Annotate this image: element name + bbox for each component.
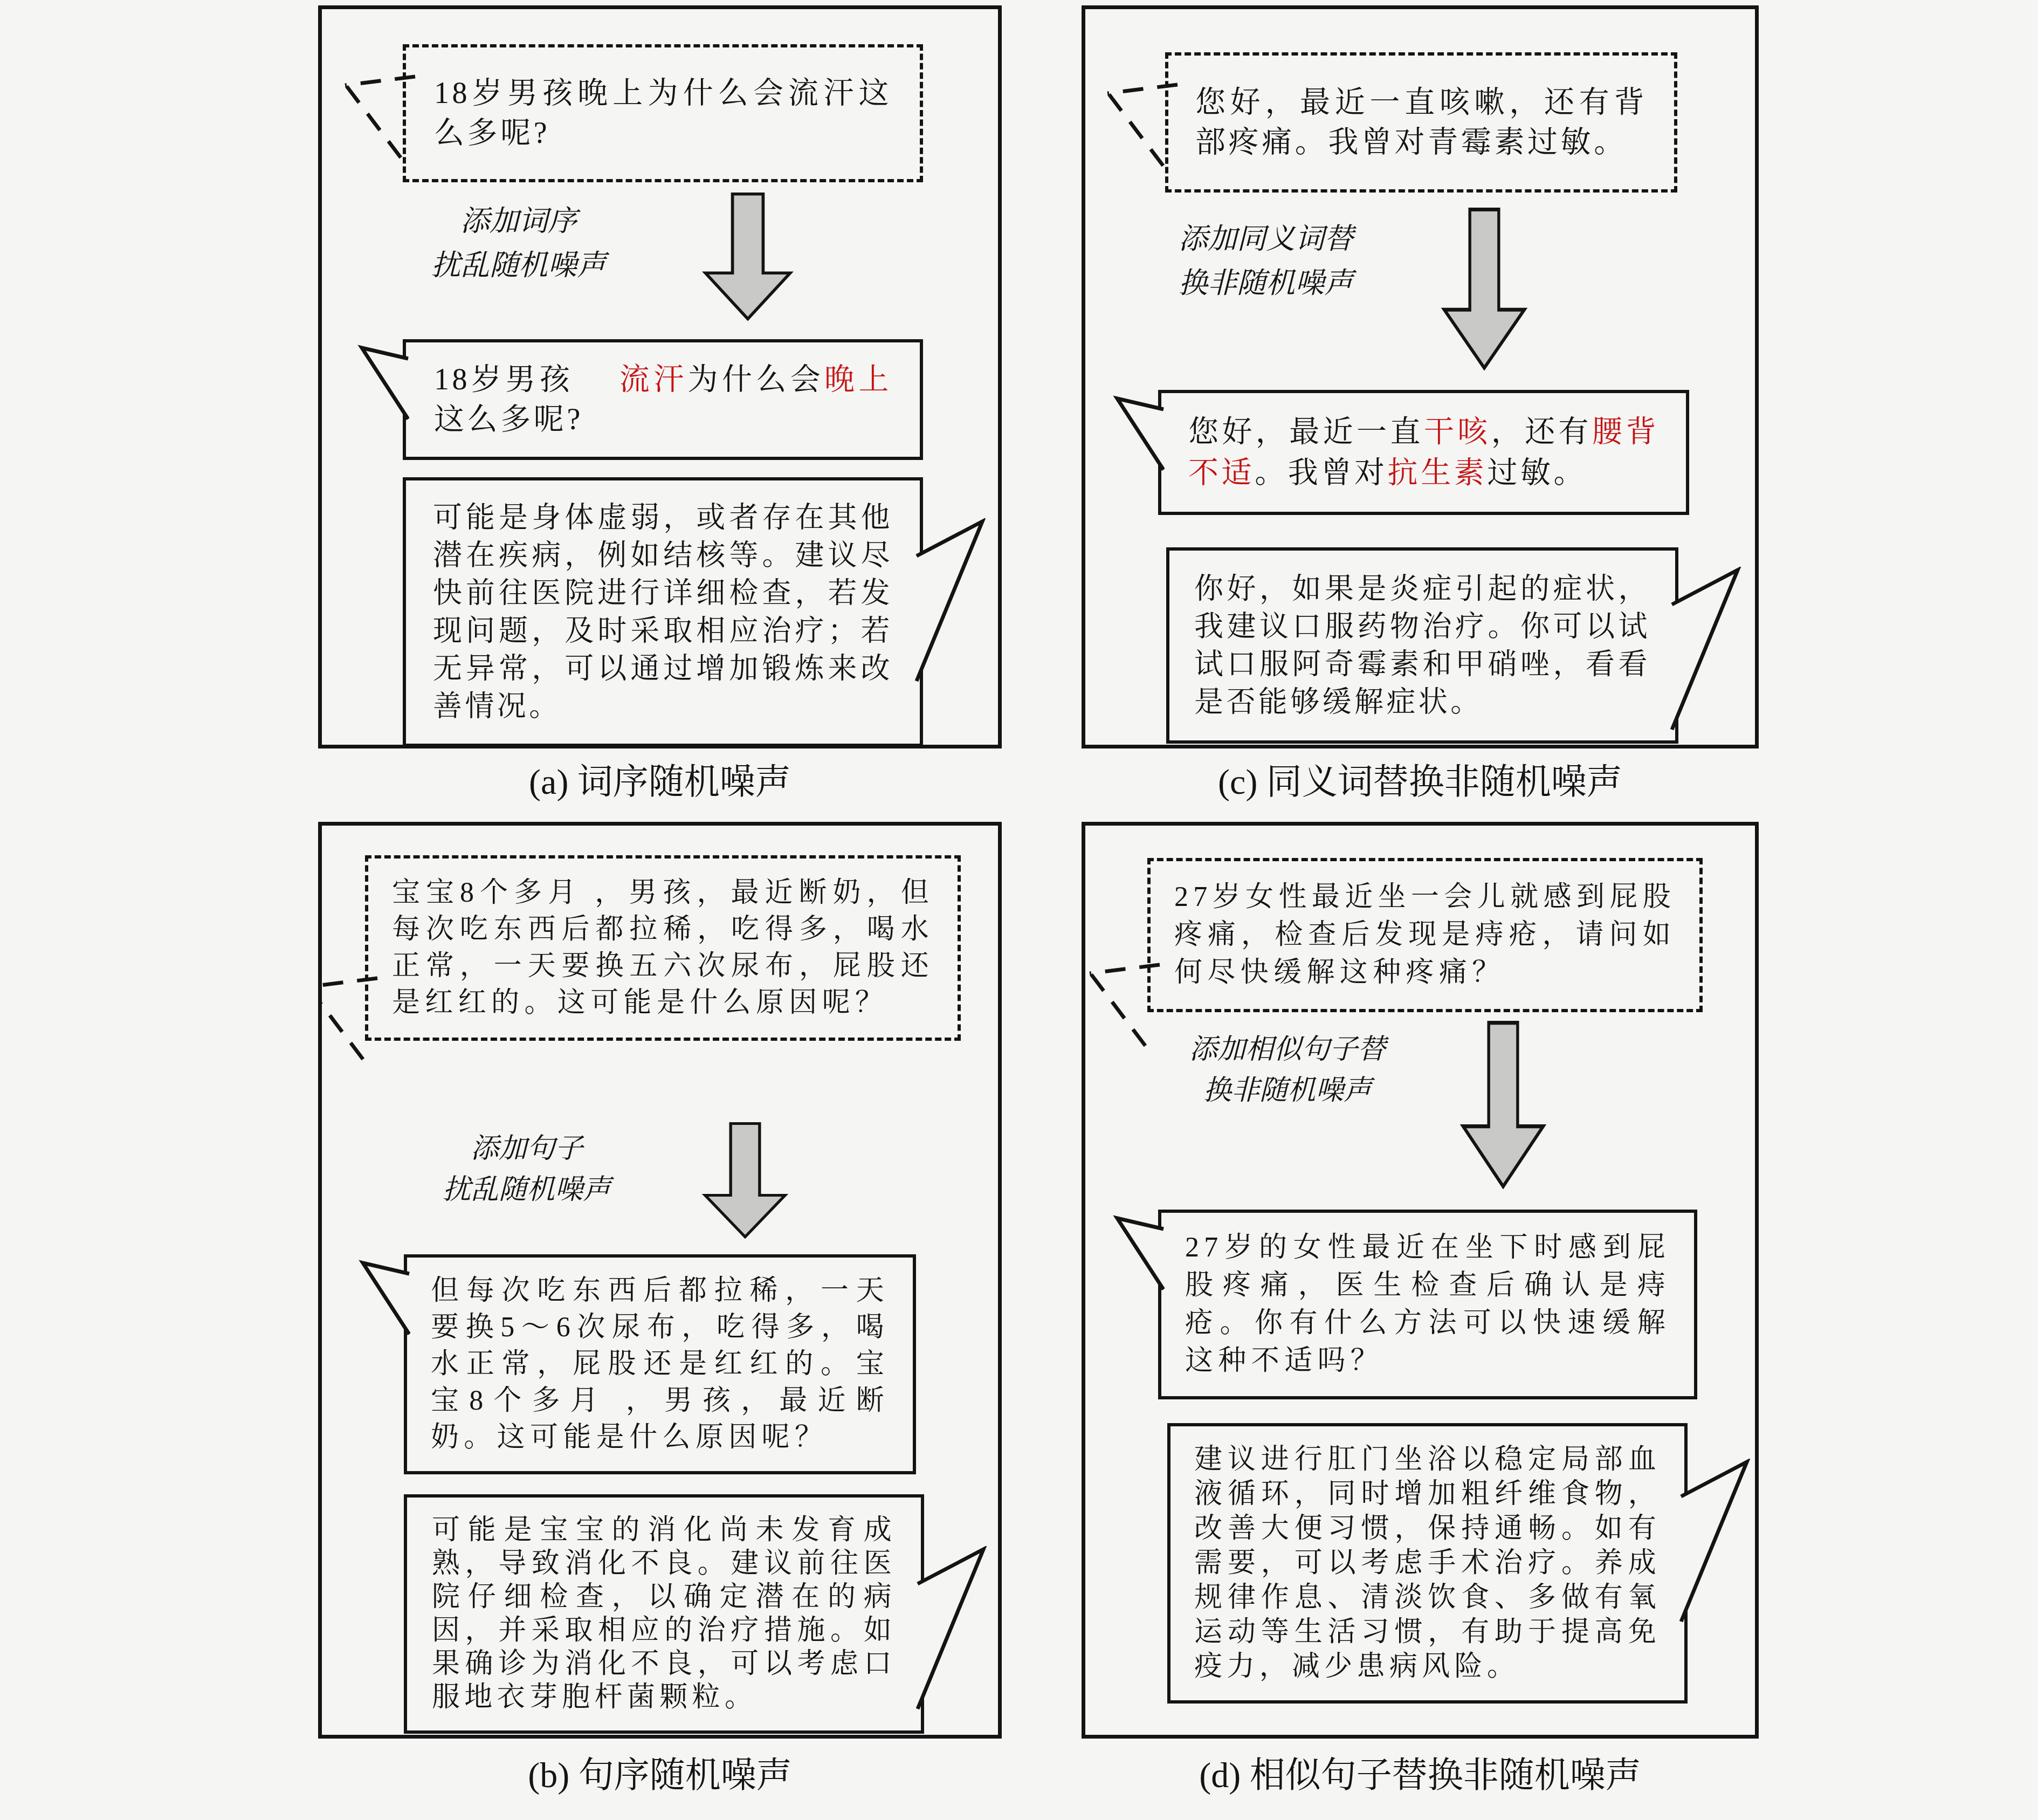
noisy-plain-text: 过敏。 — [1487, 456, 1587, 490]
noisy-query-bubble: 但每次吃东西后都拉稀，一天要换5～6次尿布，吃得多，喝水正常，屁股还是红红的。宝… — [404, 1254, 916, 1474]
caption-d: (d) 相似句子替换非随机噪声 — [1082, 1746, 1759, 1805]
noisy-plain-text: ，还有 — [1491, 415, 1592, 449]
noisy-plain-text: 但每次吃东西后都拉稀，一天要换5～6次尿布，吃得多，喝水正常，屁股还是红红的。宝… — [431, 1275, 889, 1453]
noisy-query-text: 27岁的女性最近在坐下时感到屁股疼痛，医生检查后确认是痔疮。你有什么方法可以快速… — [1185, 1229, 1670, 1380]
answer-bubble: 可能是宝宝的消化尚未发育成熟，导致消化不良。建议前往医院仔细检查，以确定潜在的病… — [404, 1494, 924, 1734]
noise-type-label: 添加同义词替 换非随机噪声 — [1126, 217, 1406, 305]
noise-type-label: 添加句子 扰乱随机噪声 — [392, 1129, 662, 1211]
noise-label-line1: 添加相似句子替 — [1137, 1029, 1438, 1070]
bubble-tail-right-icon — [1669, 567, 1742, 734]
noisy-replaced-word: 流汗 — [619, 363, 688, 396]
original-query-bubble: 18岁男孩晚上为什么会流汗这么多呢? — [403, 44, 923, 182]
answer-text: 你好，如果是炎症引起的症状，我建议口服药物治疗。你可以试试口服阿奇霉素和甲硝唑，… — [1194, 570, 1650, 721]
noise-label-line2: 扰乱随机噪声 — [392, 1170, 662, 1211]
dashed-bubble-tail-icon — [1099, 62, 1180, 178]
answer-text: 建议进行肛门坐浴以稳定局部血液循环，同时增加粗纤维食物，改善大便习惯，保持通畅。… — [1194, 1443, 1661, 1684]
panel-synonym-replacement-noise: 您好，最近一直咳嗽，还有背部疼痛。我曾对青霉素过敏。 添加同义词替 换非随机噪声… — [1082, 5, 1759, 748]
noise-label-line1: 添加词序 — [373, 199, 664, 243]
noisy-plain-text: 这么多呢? — [434, 403, 583, 436]
noisy-plain-text: 。我曾对 — [1255, 456, 1387, 490]
bubble-tail-left-icon — [1113, 395, 1165, 476]
original-query-text: 宝宝8个多月 ，男孩，最近断奶，但每次吃东西后都拉稀，吃得多，喝水正常，一天要换… — [392, 875, 934, 1021]
bubble-tail-right-icon — [1678, 1459, 1751, 1626]
original-query-text: 18岁男孩晚上为什么会流汗这么多呢? — [434, 73, 892, 153]
noisy-plain-text: 27岁的女性最近在坐下时感到屁股疼痛，医生检查后确认是痔疮。你有什么方法可以快速… — [1185, 1232, 1670, 1376]
bubble-tail-left-icon — [357, 345, 409, 425]
original-query-bubble: 27岁女性最近坐一会儿就感到屁股疼痛，检查后发现是痔疮，请问如何尽快缓解这种疼痛… — [1147, 858, 1703, 1012]
noise-label-line2: 换非随机噪声 — [1137, 1070, 1438, 1111]
bubble-tail-left-icon — [359, 1260, 410, 1341]
panel-word-order-noise: 18岁男孩晚上为什么会流汗这么多呢? 添加词序 扰乱随机噪声 18岁男孩 流汗为… — [318, 5, 1002, 748]
noisy-plain-text: 您好，最近一直 — [1188, 415, 1424, 449]
noise-type-label: 添加相似句子替 换非随机噪声 — [1137, 1029, 1438, 1111]
panel-sentence-order-noise: 宝宝8个多月 ，男孩，最近断奶，但每次吃东西后都拉稀，吃得多，喝水正常，一天要换… — [318, 822, 1002, 1739]
noisy-query-bubble: 18岁男孩 流汗为什么会晚上这么多呢? — [403, 339, 923, 460]
caption-c: (c) 同义词替换非随机噪声 — [1082, 753, 1759, 812]
answer-text: 可能是身体虚弱，或者存在其他潜在疾病，例如结核等。建议尽快前往医院进行详细检查，… — [433, 499, 893, 725]
noisy-query-text: 18岁男孩 流汗为什么会晚上这么多呢? — [434, 360, 892, 439]
noisy-query-bubble: 27岁的女性最近在坐下时感到屁股疼痛，医生检查后确认是痔疮。你有什么方法可以快速… — [1158, 1210, 1697, 1399]
noisy-plain-text: 为什么会 — [688, 363, 824, 396]
noise-type-label: 添加词序 扰乱随机噪声 — [373, 199, 664, 287]
noisy-query-text: 但每次吃东西后都拉稀，一天要换5～6次尿布，吃得多，喝水正常，屁股还是红红的。宝… — [431, 1273, 889, 1456]
answer-bubble: 可能是身体虚弱，或者存在其他潜在疾病，例如结核等。建议尽快前往医院进行详细检查，… — [403, 477, 923, 747]
caption-b: (b) 句序随机噪声 — [318, 1746, 1002, 1805]
original-query-text: 您好，最近一直咳嗽，还有背部疼痛。我曾对青霉素过敏。 — [1195, 83, 1647, 162]
caption-a: (a) 词序随机噪声 — [318, 753, 1002, 812]
noisy-plain-text: 18岁男孩 — [434, 363, 619, 396]
noisy-query-bubble: 您好，最近一直干咳，还有腰背不适。我曾对抗生素过敏。 — [1158, 390, 1689, 515]
bubble-tail-right-icon — [914, 1546, 988, 1713]
down-arrow-icon — [1438, 208, 1530, 370]
original-query-text: 27岁女性最近坐一会儿就感到屁股疼痛，检查后发现是痔疮，请问如何尽快缓解这种疼痛… — [1174, 878, 1676, 992]
noise-label-line2: 扰乱随机噪声 — [373, 243, 664, 287]
dashed-bubble-tail-icon — [318, 956, 380, 1072]
noisy-replaced-word: 抗生素 — [1388, 456, 1488, 490]
noisy-query-text: 您好，最近一直干咳，还有腰背不适。我曾对抗生素过敏。 — [1188, 411, 1659, 493]
bubble-tail-left-icon — [1113, 1215, 1165, 1296]
dashed-bubble-tail-icon — [337, 54, 418, 170]
down-arrow-icon — [699, 1122, 791, 1239]
bubble-tail-right-icon — [913, 518, 987, 685]
answer-bubble: 你好，如果是炎症引起的症状，我建议口服药物治疗。你可以试试口服阿奇霉素和甲硝唑，… — [1166, 547, 1678, 744]
down-arrow-icon — [699, 193, 796, 321]
noise-label-line1: 添加同义词替 — [1126, 217, 1406, 261]
noisy-replaced-word: 晚上 — [824, 363, 892, 396]
noise-label-line1: 添加句子 — [392, 1129, 662, 1170]
down-arrow-icon — [1457, 1021, 1549, 1189]
noisy-replaced-word: 干咳 — [1424, 415, 1491, 449]
original-query-bubble: 您好，最近一直咳嗽，还有背部疼痛。我曾对青霉素过敏。 — [1165, 52, 1677, 193]
answer-bubble: 建议进行肛门坐浴以稳定局部血液循环，同时增加粗纤维食物，改善大便习惯，保持通畅。… — [1167, 1423, 1688, 1704]
panel-similar-sentence-replacement-noise: 27岁女性最近坐一会儿就感到屁股疼痛，检查后发现是痔疮，请问如何尽快缓解这种疼痛… — [1082, 822, 1759, 1739]
noise-label-line2: 换非随机噪声 — [1126, 261, 1406, 305]
answer-text: 可能是宝宝的消化尚未发育成熟，导致消化不良。建议前往医院仔细检查，以确定潜在的病… — [432, 1514, 896, 1714]
original-query-bubble: 宝宝8个多月 ，男孩，最近断奶，但每次吃东西后都拉稀，吃得多，喝水正常，一天要换… — [365, 855, 961, 1041]
